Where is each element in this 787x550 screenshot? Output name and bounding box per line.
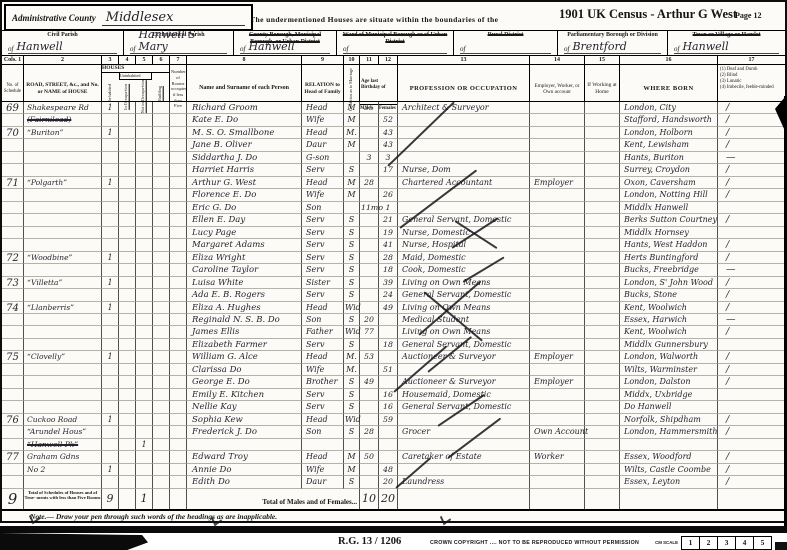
district-value: Hanwell	[16, 41, 62, 53]
cell-home	[585, 339, 620, 351]
cell-rooms	[170, 239, 187, 251]
cell-age_f: 16	[379, 401, 398, 413]
cell-employer	[530, 252, 585, 264]
total-schedules-label: Total of Schedules of Houses and of Tene…	[24, 489, 102, 509]
cell-uninhab	[136, 314, 153, 326]
cell-age_m: 28	[360, 177, 379, 189]
cell-home	[585, 426, 620, 438]
cell-schedule: 69	[2, 102, 24, 114]
ruler-cell: 5	[754, 537, 771, 549]
cell-employer: Own Account	[530, 426, 585, 438]
cell-rooms	[170, 202, 187, 214]
cell-condition: M.	[344, 351, 360, 363]
column-headers: No. of Schedule ROAD, STREET, &c., and N…	[2, 65, 785, 102]
cell-occupation: Housemaid, Domestic	[398, 389, 530, 401]
cell-inhabited	[102, 389, 119, 401]
district-value: Brentford	[572, 41, 626, 53]
cell-occupation	[398, 414, 530, 426]
cell-road	[24, 314, 102, 326]
cell-age_m: 50	[360, 451, 379, 463]
cell-employer	[530, 364, 585, 376]
cell-age_f: 26	[379, 189, 398, 201]
scan-divider-bar	[0, 526, 787, 533]
cell-building	[153, 227, 170, 239]
cell-condition: S	[344, 239, 360, 251]
cell-occupation: Architect & Surveyor	[398, 102, 530, 114]
cell-relation: Head	[302, 302, 344, 314]
total-females-value: 20	[379, 489, 398, 509]
cell-age_f: 18	[379, 339, 398, 351]
cell-home	[585, 227, 620, 239]
cell-employer	[530, 414, 585, 426]
cell-condition: Wid	[344, 302, 360, 314]
cell-road	[24, 339, 102, 351]
cell-condition: M.	[344, 127, 360, 139]
cell-employer	[530, 302, 585, 314]
cell-inhabited	[102, 139, 119, 151]
cell-schedule: 77	[2, 451, 24, 463]
cell-name: Annie Do	[187, 464, 302, 476]
cell-rooms	[170, 314, 187, 326]
cell-relation	[302, 439, 344, 451]
column-number: 8	[187, 56, 302, 64]
cell-building	[153, 177, 170, 189]
cell-home	[585, 464, 620, 476]
cell-mark: ∕	[718, 127, 785, 139]
district-value-line: ofHanwell	[8, 40, 117, 54]
cell-name: Jane B. Oliver	[187, 139, 302, 151]
cell-inhabited	[102, 451, 119, 463]
cell-building	[153, 364, 170, 376]
cell-rooms	[170, 326, 187, 338]
cell-age_m: 77	[360, 326, 379, 338]
total-houses-value: 9	[102, 489, 119, 509]
cell-inhabited: 1	[102, 102, 119, 114]
cell-mark: —	[718, 314, 785, 326]
cell-in_occ	[119, 314, 136, 326]
cell-home	[585, 252, 620, 264]
cell-occupation	[398, 152, 530, 164]
cell-relation: G-son	[302, 152, 344, 164]
cell-home	[585, 476, 620, 488]
cell-home	[585, 139, 620, 151]
cell-rooms	[170, 277, 187, 289]
cell-mark: ∕	[718, 252, 785, 264]
cell-condition: M.	[344, 364, 360, 376]
cell-building	[153, 476, 170, 488]
cell-occupation: Auctioneer & Surveyor	[398, 351, 530, 363]
cell-in_occ	[119, 414, 136, 426]
cell-condition: M	[344, 139, 360, 151]
cell-born	[620, 439, 718, 451]
cell-uninhab	[136, 464, 153, 476]
cell-age_m	[360, 139, 379, 151]
cell-uninhab	[136, 451, 153, 463]
cell-rooms	[170, 127, 187, 139]
cell-mark: ∕	[718, 102, 785, 114]
cell-mark: ∕	[718, 476, 785, 488]
cell-relation: Head	[302, 102, 344, 114]
cell-age_f: 24	[379, 289, 398, 301]
cell-inhabited	[102, 439, 119, 451]
cell-born: London, Notting Hill	[620, 189, 718, 201]
cell-in_occ	[119, 202, 136, 214]
column-number: 9	[302, 56, 344, 64]
district-value-line: of	[343, 40, 447, 54]
cell-rooms	[170, 214, 187, 226]
cell-uninhab	[136, 326, 153, 338]
cell-road	[24, 476, 102, 488]
cell-condition: M	[344, 189, 360, 201]
cell-uninhab	[136, 214, 153, 226]
cell-age_f: 52	[379, 114, 398, 126]
cell-rooms	[170, 102, 187, 114]
cell-age_f: 28	[379, 252, 398, 264]
cell-inhabited: 1	[102, 252, 119, 264]
cell-born: London, Hammersmith	[620, 426, 718, 438]
cell-relation: Wife	[302, 364, 344, 376]
cell-born: Middlx Hornsey	[620, 227, 718, 239]
cell-employer	[530, 264, 585, 276]
cell-building	[153, 164, 170, 176]
cell-road	[24, 214, 102, 226]
cell-condition: S	[344, 476, 360, 488]
cell-name: Eliza Wright	[187, 252, 302, 264]
cell-schedule	[2, 164, 24, 176]
cell-condition: M	[344, 102, 360, 114]
cell-in_occ	[119, 464, 136, 476]
cell-building	[153, 426, 170, 438]
cell-uninhab	[136, 389, 153, 401]
column-number: 5	[136, 56, 153, 64]
cell-employer	[530, 289, 585, 301]
cell-schedule: 73	[2, 277, 24, 289]
cell-age_f	[379, 326, 398, 338]
cell-relation: Serv	[302, 264, 344, 276]
scan-artifact	[0, 533, 148, 550]
cell-mark: ∕	[718, 364, 785, 376]
cell-born: Norfolk, Shipdham	[620, 414, 718, 426]
cell-relation: Serv	[302, 214, 344, 226]
header-building: Building	[158, 86, 164, 101]
cell-road	[24, 189, 102, 201]
cell-name: Luisa White	[187, 277, 302, 289]
cell-relation: Brother	[302, 376, 344, 388]
cell-rooms	[170, 152, 187, 164]
cell-employer	[530, 102, 585, 114]
cell-occupation: Cook, Domestic	[398, 264, 530, 276]
cell-age_m	[360, 464, 379, 476]
cell-age_m	[360, 414, 379, 426]
cell-age_f: 43	[379, 139, 398, 151]
cell-employer	[530, 202, 585, 214]
cell-age_f: 59	[379, 414, 398, 426]
cell-in_occ	[119, 214, 136, 226]
cm-ruler: 12345	[681, 536, 772, 550]
cell-age_f	[379, 351, 398, 363]
cell-born: Hants, West Haddon	[620, 239, 718, 251]
cell-schedule	[2, 326, 24, 338]
cell-name: Arthur G. West	[187, 177, 302, 189]
cell-mark: ∕	[718, 376, 785, 388]
cell-uninhab	[136, 264, 153, 276]
cell-inhabited: 1	[102, 277, 119, 289]
header-inhabited: In-habited	[108, 84, 113, 102]
cell-building	[153, 314, 170, 326]
cell-uninhab	[136, 114, 153, 126]
cell-relation: Head	[302, 414, 344, 426]
column-number: 14	[530, 56, 585, 64]
cell-road	[24, 152, 102, 164]
cell-inhabited: 1	[102, 302, 119, 314]
cell-road	[24, 264, 102, 276]
cell-uninhab	[136, 277, 153, 289]
cell-home	[585, 401, 620, 413]
cell-born: Essex, Harwich	[620, 314, 718, 326]
cell-condition	[344, 439, 360, 451]
cell-age_m	[360, 189, 379, 201]
cell-name: Nellie Kay	[187, 401, 302, 413]
cell-uninhab	[136, 426, 153, 438]
cell-building	[153, 414, 170, 426]
district-1: Ecclesiastical ParishofHanwell S Mary	[123, 31, 233, 55]
cell-relation: Head	[302, 127, 344, 139]
cell-occupation: Living on Own Means	[398, 277, 530, 289]
column-number: 4	[119, 56, 136, 64]
totals-row: 9 Total of Schedules of Houses and of Te…	[2, 489, 785, 511]
cell-road: “Woodbine”	[24, 252, 102, 264]
cell-condition: Wid	[344, 414, 360, 426]
cell-age_f: 39	[379, 277, 398, 289]
scale-ruler: CM SCALE 12345	[652, 536, 772, 550]
cell-schedule	[2, 214, 24, 226]
cell-name: Edith Do	[187, 476, 302, 488]
cell-rooms	[170, 376, 187, 388]
cell-building	[153, 389, 170, 401]
cell-born: Middlx Gunnersbury	[620, 339, 718, 351]
cell-condition: Wid	[344, 326, 360, 338]
cell-rooms	[170, 302, 187, 314]
cell-schedule: 72	[2, 252, 24, 264]
cell-occupation: Maid, Domestic	[398, 252, 530, 264]
cell-building	[153, 339, 170, 351]
cell-schedule	[2, 314, 24, 326]
cell-age_m	[360, 239, 379, 251]
cell-building	[153, 202, 170, 214]
cell-occupation	[398, 189, 530, 201]
cell-inhabited	[102, 314, 119, 326]
cell-in_occ	[119, 439, 136, 451]
cell-building	[153, 289, 170, 301]
district-3: Ward of Municipal Borough or of Urban Di…	[336, 31, 453, 55]
cell-born: Berks Sutton Courtney	[620, 214, 718, 226]
cell-condition: S	[344, 376, 360, 388]
cell-building	[153, 152, 170, 164]
cell-age_m	[360, 214, 379, 226]
cell-uninhab	[136, 339, 153, 351]
ruler-cell: 1	[682, 537, 700, 549]
district-value: Hanwell	[248, 41, 294, 53]
district-of: of	[8, 45, 13, 53]
cell-employer	[530, 139, 585, 151]
cell-rooms	[170, 364, 187, 376]
cell-rooms	[170, 414, 187, 426]
cell-condition	[344, 202, 360, 214]
cell-road: Cuckoo Road	[24, 414, 102, 426]
cell-building	[153, 326, 170, 338]
cell-mark: ∕	[718, 289, 785, 301]
cell-schedule	[2, 227, 24, 239]
cell-employer	[530, 314, 585, 326]
cell-born: Stafford, Handsworth	[620, 114, 718, 126]
cell-in_occ	[119, 102, 136, 114]
cell-age_f: 21	[379, 214, 398, 226]
cell-inhabited: 1	[102, 177, 119, 189]
cell-occupation: Nurse, Dom	[398, 164, 530, 176]
cell-road: (Fairnilead)	[24, 114, 102, 126]
cell-condition: S	[344, 289, 360, 301]
cell-age_f	[379, 451, 398, 463]
total-males-value: 10	[360, 489, 379, 509]
cell-building	[153, 277, 170, 289]
cell-name: Sophia Kew	[187, 414, 302, 426]
column-number: 7	[170, 56, 187, 64]
cell-born: London, Dalston	[620, 376, 718, 388]
cell-inhabited	[102, 227, 119, 239]
cell-road: “Arundel Hous”	[24, 426, 102, 438]
cell-road: Graham Gdns	[24, 451, 102, 463]
cell-relation: Serv	[302, 227, 344, 239]
cell-home	[585, 102, 620, 114]
cell-in_occ	[119, 326, 136, 338]
cell-mark: ∕	[718, 139, 785, 151]
district-label: Parliamentary Borough or Division	[558, 32, 667, 39]
cell-age_m: 53	[360, 351, 379, 363]
cell-name: Margaret Adams	[187, 239, 302, 251]
census-form: Administrative County Middlesex The unde…	[0, 0, 787, 523]
cell-in_occ	[119, 227, 136, 239]
cell-employer	[530, 464, 585, 476]
cell-uninhab	[136, 376, 153, 388]
cell-home	[585, 277, 620, 289]
cell-road	[24, 364, 102, 376]
district-2: County Borough, Municipal Borough, or Ur…	[233, 31, 336, 55]
column-number: 10	[344, 56, 360, 64]
cell-relation: Serv	[302, 289, 344, 301]
cell-road: “Villetta”	[24, 277, 102, 289]
cell-road: Shakespeare Rd	[24, 102, 102, 114]
cell-employer	[530, 339, 585, 351]
cell-employer	[530, 439, 585, 451]
cell-name: Elizabeth Farmer	[187, 339, 302, 351]
cell-mark: —	[718, 152, 785, 164]
cell-uninhab	[136, 177, 153, 189]
cell-condition: S	[344, 389, 360, 401]
column-number: 6	[153, 56, 170, 64]
cell-home	[585, 326, 620, 338]
cell-born: Hants, Buriton	[620, 152, 718, 164]
cell-inhabited	[102, 264, 119, 276]
cell-condition: S	[344, 426, 360, 438]
cell-building	[153, 351, 170, 363]
cell-building	[153, 302, 170, 314]
cell-schedule: 75	[2, 351, 24, 363]
cell-rooms	[170, 114, 187, 126]
district-of: of	[460, 45, 465, 53]
district-of: of	[343, 45, 348, 53]
district-of: of	[674, 45, 679, 53]
cell-uninhab	[136, 189, 153, 201]
column-number: 13	[398, 56, 530, 64]
cell-uninhab	[136, 414, 153, 426]
cell-rooms	[170, 351, 187, 363]
cell-road: No 2	[24, 464, 102, 476]
cell-uninhab	[136, 139, 153, 151]
cell-inhabited	[102, 202, 119, 214]
cell-inhabited	[102, 376, 119, 388]
district-label: Rural District	[454, 32, 557, 39]
cell-schedule	[2, 239, 24, 251]
cell-age_f: 43	[379, 127, 398, 139]
district-value-line: ofHanwell	[240, 40, 330, 54]
cell-uninhab	[136, 102, 153, 114]
cell-name: Frederick J. Do	[187, 426, 302, 438]
situate-text: The undermentioned Houses are situate wi…	[250, 15, 555, 24]
cell-building	[153, 102, 170, 114]
district-0: Civil ParishofHanwell	[2, 31, 123, 55]
cell-age_f: 41	[379, 239, 398, 251]
cell-rooms	[170, 439, 187, 451]
cell-condition: S	[344, 401, 360, 413]
cell-uninhab: 1	[136, 439, 153, 451]
cell-building	[153, 451, 170, 463]
cell-age_m	[360, 364, 379, 376]
header-age: Age last Birthday of	[360, 65, 397, 104]
ruler-cell: 4	[736, 537, 754, 549]
cell-born: Surrey, Croydon	[620, 164, 718, 176]
cell-uninhab	[136, 239, 153, 251]
cell-name: Richard Groom	[187, 102, 302, 114]
district-4: Rural Districtof	[453, 31, 557, 55]
cell-road: “Clovelly”	[24, 351, 102, 363]
scale-label: CM SCALE	[652, 540, 678, 546]
cell-rooms	[170, 164, 187, 176]
cell-age_f	[379, 177, 398, 189]
cell-relation: Father	[302, 326, 344, 338]
cell-name: George E. Do	[187, 376, 302, 388]
cell-age_f	[379, 426, 398, 438]
cell-name: Lucy Page	[187, 227, 302, 239]
cell-relation: Head	[302, 177, 344, 189]
cell-age_f	[379, 439, 398, 451]
cell-schedule	[2, 139, 24, 151]
cell-inhabited	[102, 476, 119, 488]
cell-inhabited	[102, 339, 119, 351]
cell-in_occ	[119, 376, 136, 388]
cell-in_occ	[119, 351, 136, 363]
cell-road	[24, 202, 102, 214]
cell-condition	[344, 152, 360, 164]
cell-mark: ∕	[718, 114, 785, 126]
cell-mark	[718, 227, 785, 239]
cell-schedule	[2, 476, 24, 488]
cell-schedule	[2, 439, 24, 451]
cell-mark: ∕	[718, 414, 785, 426]
cell-name: Caroline Taylor	[187, 264, 302, 276]
district-value: Hanwell S Mary	[138, 29, 227, 53]
cell-age_m: 49	[360, 376, 379, 388]
cell-inhabited: 1	[102, 127, 119, 139]
